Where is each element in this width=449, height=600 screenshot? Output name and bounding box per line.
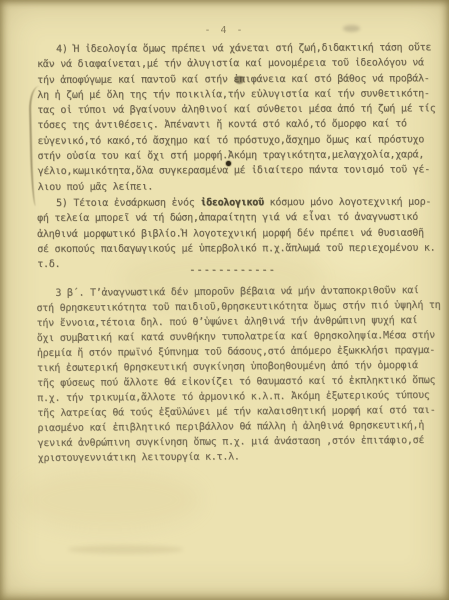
text-line: ἀληθινά μορφωτικό βιβλίο.Ἡ λογοτεχνική μ… <box>37 225 442 242</box>
text-line: τας οἱ τύποι νά βγαίνουν ἀληθινοί καί σύ… <box>37 101 442 118</box>
text-line: σέ σκοπούς παιδαγωγικούς μέ ὑπερβολικό π… <box>37 240 442 257</box>
ink-blob <box>235 76 244 84</box>
text-line: λη ἡ ζωή μέ ὅλη της τήν ποικιλία,τήν εὐλ… <box>37 86 442 103</box>
text-line: γέλιο,κωμικότητα,ὅλα συγκερασμένα μέ ἰδι… <box>38 163 443 180</box>
text-line: 5) Τέτοια ἐνσάρκωση ἑνός ἰδεολογικοῦ κόσ… <box>37 195 442 212</box>
text-line: 4) Ἡ ἰδεολογία ὅμως πρέπει νά χάνεται στ… <box>37 40 442 57</box>
show-through-smudge <box>68 545 183 554</box>
text-line: εὐγενικό,τό κακό,τό ἄσχημο καί τό πρόστυ… <box>37 132 442 149</box>
overstruck-word: ἰδεολογικοῦ <box>200 197 264 208</box>
text-segment: κόσμου μόνο λογοτεχνική μορ- <box>264 197 431 209</box>
page-number: - 4 - <box>0 25 449 36</box>
paper-mottle <box>20 470 200 530</box>
text-line: γενικά ἀνθρώπινη συγκίνηση ὅπως π.χ. μιά… <box>37 433 442 451</box>
text-line: φή τελεία μπορεῖ νά τή δώση,ἀπαραίτητη γ… <box>37 210 442 227</box>
text-segment: 5) Τέτοια ἐνσάρκωση ἑνός <box>56 197 200 209</box>
text-line: στήν οὐσία του καί ὄχι στή μορφή.Ἀκόμη τ… <box>37 147 442 164</box>
text-line: κἄν νά διαφαίνεται,μέ τήν ἀλυγιστία καί … <box>37 56 442 73</box>
dash-separator: ------------ <box>189 263 276 276</box>
paragraph-3b: 3 β΄. Τ’ἀναγνωστικά δέν μποροῦν βέβαια ν… <box>36 283 442 466</box>
ink-dot <box>226 161 231 166</box>
text-line: λιου πού μᾶς λείπει. <box>38 178 443 195</box>
ink-smudge <box>343 25 360 32</box>
paragraph-4: 4) Ἡ ἰδεολογία ὅμως πρέπει νά χάνεται στ… <box>37 40 443 195</box>
text-line: τόσες της ἀντιθέσεις. Ἀπέναντι ἤ κοντά σ… <box>37 117 442 134</box>
paper-sheet: - 4 - 4) Ἡ ἰδεολογία ὅμως πρέπει νά χάνε… <box>0 0 449 600</box>
paragraph-5: 5) Τέτοια ἐνσάρκωση ἑνός ἰδεολογικοῦ κόσ… <box>37 195 442 273</box>
text-line: χριστουγεννιάτικη λειτουργία κ.τ.λ. <box>38 448 443 466</box>
